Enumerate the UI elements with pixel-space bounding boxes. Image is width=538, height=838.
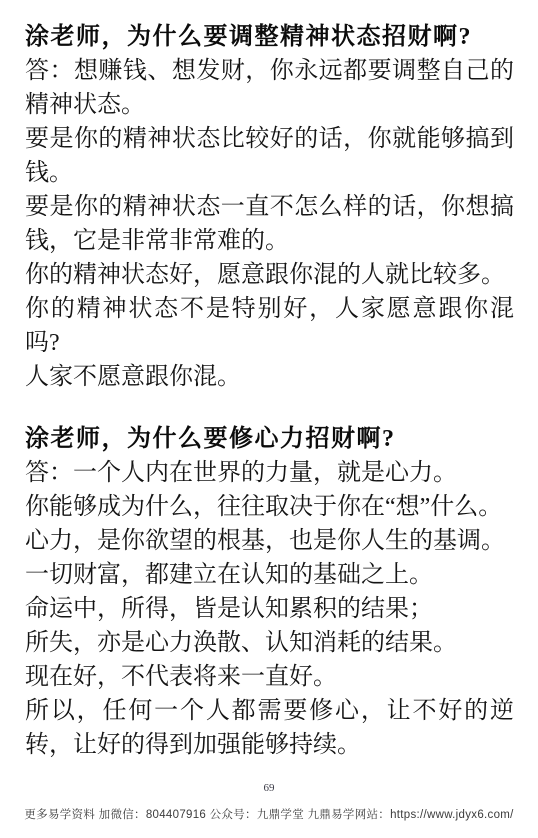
qa-section-mental-state: 涂老师，为什么要调整精神状态招财啊? 答：想赚钱、想发财，你永远都要调整自己的精… [25,20,514,394]
question-heading: 涂老师，为什么要修心力招财啊? [25,422,514,456]
answer-paragraph: 答：一个人内在世界的力量，就是心力。 [25,456,514,490]
page-number: 69 [0,782,538,794]
paragraph: 现在好，不代表将来一直好。 [25,660,514,694]
paragraph: 心力，是你欲望的根基，也是你人生的基调。 [25,524,514,558]
question-heading: 涂老师，为什么要调整精神状态招财啊? [25,20,514,54]
paragraph: 所以，任何一个人都需要修心，让不好的逆转，让好的得到加强能够持续。 [25,694,514,762]
paragraph: 你的精神状态不是特别好，人家愿意跟你混吗? [25,292,514,360]
paragraph: 一切财富，都建立在认知的基础之上。 [25,558,514,592]
paragraph: 你的精神状态好，愿意跟你混的人就比较多。 [25,258,514,292]
paragraph: 你能够成为什么，往往取决于你在“想”什么。 [25,490,514,524]
paragraph: 要是你的精神状态一直不怎么样的话，你想搞钱，它是非常非常难的。 [25,190,514,258]
qa-section-mind-power: 涂老师，为什么要修心力招财啊? 答：一个人内在世界的力量，就是心力。 你能够成为… [25,422,514,762]
paragraph: 要是你的精神状态比较好的话，你就能够搞到钱。 [25,122,514,190]
footer-note: 更多易学资料 加微信：804407916 公众号：九鼎学堂 九鼎易学网站：htt… [0,806,538,822]
paragraph: 所失，亦是心力涣散、认知消耗的结果。 [25,626,514,660]
page-content: 涂老师，为什么要调整精神状态招财啊? 答：想赚钱、想发财，你永远都要调整自己的精… [25,20,514,762]
paragraph: 人家不愿意跟你混。 [25,360,514,394]
paragraph: 命运中，所得，皆是认知累积的结果； [25,592,514,626]
document-page: 涂老师，为什么要调整精神状态招财啊? 答：想赚钱、想发财，你永远都要调整自己的精… [0,0,538,838]
answer-paragraph: 答：想赚钱、想发财，你永远都要调整自己的精神状态。 [25,54,514,122]
